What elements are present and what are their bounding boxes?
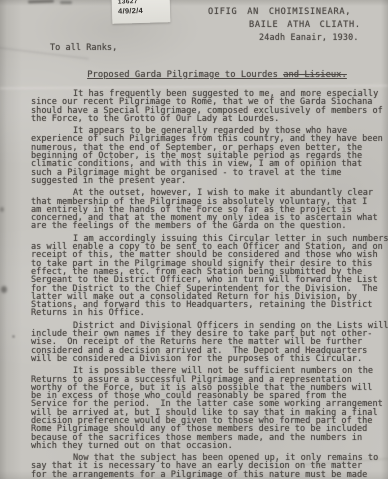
title-text: Proposed Garda Pilgrimage to Lourdes bbox=[87, 70, 283, 80]
file-number-label: 13627 4/9/2/4 bbox=[112, 0, 171, 24]
top-edge-smudge bbox=[28, 0, 54, 3]
paragraph: Now that the subject has been opened up,… bbox=[31, 454, 387, 479]
letter-title: Proposed Garda Pilgrimage to Lourdes and… bbox=[46, 70, 388, 80]
left-edge-ink-spot bbox=[0, 207, 4, 212]
scanned-letter-page: 13627 4/9/2/4 OIFIG AN CHOIMISINEARA, BA… bbox=[0, 0, 388, 479]
paragraph: It appears to be generally regarded by t… bbox=[31, 127, 387, 185]
letter-date: 24adh Eanair, 1930. bbox=[259, 32, 359, 42]
paragraph: At the outset, however, I wish to make i… bbox=[31, 189, 387, 230]
paragraph: District and Divisional Officers in send… bbox=[31, 322, 387, 363]
paragraph: I am accordingly issuing this Circular l… bbox=[31, 235, 387, 318]
left-edge-ink-spot bbox=[1, 286, 7, 293]
letter-body: It has frequently been suggested to me, … bbox=[31, 90, 387, 479]
salutation: To all Ranks, bbox=[50, 43, 117, 53]
paragraph: It is possible there will not be suffici… bbox=[31, 367, 387, 450]
file-reference-number: 4/9/2/4 bbox=[118, 5, 170, 15]
title-struck-text: and Lisieux. bbox=[283, 70, 347, 80]
top-edge-smudge bbox=[60, 1, 72, 4]
left-edge-ink-spot bbox=[12, 335, 15, 338]
paragraph: It has frequently been suggested to me, … bbox=[31, 90, 387, 123]
letterhead-office: OIFIG AN CHOIMISINEARA, bbox=[208, 7, 351, 17]
letterhead-city: BAILE ATHA CLIATH. bbox=[249, 20, 361, 30]
